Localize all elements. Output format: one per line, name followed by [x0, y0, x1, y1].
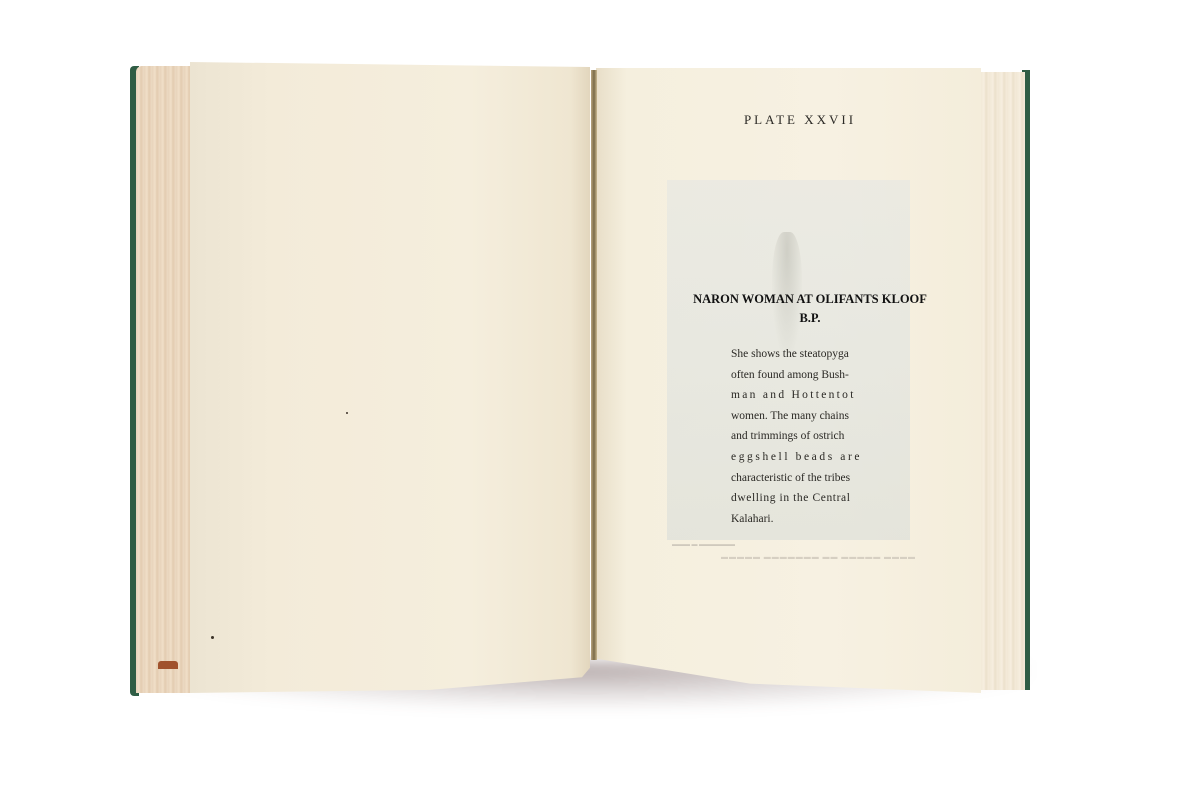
book-gutter — [591, 70, 597, 660]
caption-body: She shows the steatopyga often found amo… — [731, 344, 849, 529]
paper-speck — [211, 636, 214, 639]
caption-title: NARON WOMAN AT OLIFANTS KLOOF — [640, 292, 980, 307]
caption-credit: B.P. — [640, 311, 980, 326]
spine-headband — [158, 661, 178, 669]
caption-line: and trimmings of ostrich — [731, 426, 849, 447]
caption-line: eggshell beads are — [731, 447, 849, 468]
caption-line: man and Hottentot — [731, 385, 849, 406]
paper-speck — [346, 412, 348, 414]
caption-line: She shows the steatopyga — [731, 344, 849, 365]
page-block-right-edge — [980, 72, 1025, 690]
caption-line: Kalahari. — [731, 509, 849, 530]
show-through-caption: ▬▬▬▬ ▬▬▬▬▬ ▬▬ ▬▬▬▬▬▬▬ ▬▬▬▬▬ — [720, 553, 915, 561]
caption-line: characteristic of the tribes — [731, 468, 849, 489]
plate-label: PLATE XXVII — [700, 112, 900, 128]
caption-line: often found among Bush- — [731, 365, 849, 386]
show-through-credit: ▬▬▬ ▬ ▬▬▬▬▬▬ — [672, 542, 735, 548]
caption-line: women. The many chains — [731, 406, 849, 427]
page-block-left-edge — [136, 66, 192, 693]
caption-line: dwelling in the Central — [731, 488, 849, 509]
left-page — [190, 62, 590, 693]
